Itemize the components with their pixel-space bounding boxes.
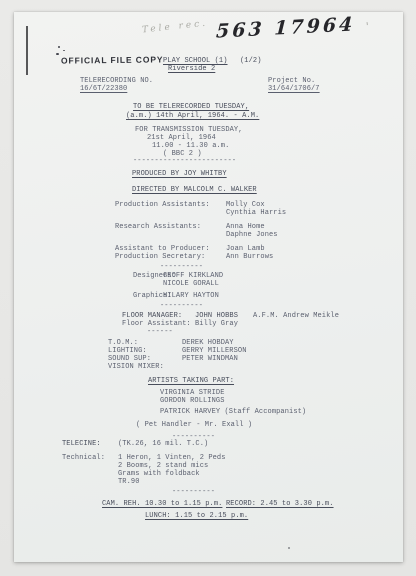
research-assistant-name: Daphne Jones	[226, 231, 278, 239]
lighting-name: GERRY MILLERSON	[182, 347, 247, 355]
research-assistants-label: Research Assistants:	[115, 223, 201, 231]
project-label: Project No.	[268, 77, 315, 85]
floor-manager-label: FLOOR MANAGER:	[122, 312, 182, 320]
assistant-to-producer-name: Joan Lamb	[226, 245, 265, 253]
graphics-name: HILARY HAYTON	[163, 292, 219, 300]
directed-by-line: DIRECTED BY MALCOLM C. WALKER	[132, 186, 257, 194]
artist-name: GORDON ROLLINGS	[160, 397, 225, 405]
document-title-suffix: (1/2)	[240, 57, 262, 65]
ink-speck	[58, 46, 60, 48]
artist-name: PATRICK HARVEY (Staff Accompanist)	[160, 408, 306, 416]
research-assistant-name: Anna Home	[226, 223, 265, 231]
pencil-tick-mark: '	[365, 20, 372, 34]
ink-speck	[63, 50, 65, 51]
lighting-label: LIGHTING:	[108, 347, 147, 355]
telerecording-label: TELERECORDING NO.	[80, 77, 153, 85]
afm-name: A.F.M. Andrew Meikle	[253, 312, 339, 320]
designer-name: NICOLE GORALL	[163, 280, 219, 288]
sound-label: SOUND SUP:	[108, 355, 151, 363]
production-secretary-label: Production Secretary:	[115, 253, 205, 261]
divider: ----------	[160, 302, 203, 310]
transmission-line-3: 11.00 - 11.30 a.m.	[152, 142, 229, 150]
official-file-copy-stamp: OFFICIAL FILE COPY	[61, 54, 164, 65]
pencil-annotation-number: 563 17964	[216, 13, 356, 42]
technical-line: Grams with foldback	[118, 470, 200, 478]
transmission-line-1: FOR TRANSMISSION TUESDAY,	[135, 126, 243, 134]
tom-label: T.O.M.:	[108, 339, 138, 347]
project-number: 31/64/1706/7	[268, 85, 320, 93]
telerecord-line-2: (a.m.) 14th April, 1964. - A.M.	[126, 112, 259, 120]
divider: ----------	[172, 488, 215, 496]
camera-rehearsal-times: CAM. REH. 10.30 to 1.15 p.m.	[102, 500, 222, 508]
divider: ------	[147, 328, 173, 336]
telerecord-line-1: TO BE TELERECORDED TUESDAY,	[133, 103, 249, 111]
production-assistant-name: Molly Cox	[226, 201, 265, 209]
telecine-label: TELECINE:	[62, 440, 101, 448]
vision-mixer-label: VISION MIXER:	[108, 363, 164, 371]
technical-line: TR.90	[118, 478, 140, 486]
lunch-times: LUNCH: 1.15 to 2.15 p.m.	[145, 512, 248, 520]
technical-label: Technical:	[62, 454, 105, 462]
ink-speck	[288, 547, 290, 549]
artist-name: VIRGINIA STRIDE	[160, 389, 225, 397]
telerecording-number: 16/6T/22380	[80, 85, 127, 93]
record-times: RECORD: 2.45 to 3.30 p.m.	[226, 500, 334, 508]
designer-name: GEOFF KIRKLAND	[163, 272, 223, 280]
divider: ----------	[160, 263, 203, 271]
divider: ------------------------	[133, 157, 236, 165]
pet-handler-line: ( Pet Handler - Mr. Exall )	[136, 421, 252, 429]
pencil-annotation-faint: Tele rec.	[142, 19, 209, 36]
technical-line: 2 Booms, 2 stand mics	[118, 462, 208, 470]
sound-name: PETER WINDMAN	[182, 355, 238, 363]
tom-name: DEREK HOBDAY	[182, 339, 234, 347]
production-assistants-label: Production Assistants:	[115, 201, 210, 209]
floor-assistant-name: Billy Gray	[195, 320, 238, 328]
floor-assistant-label: Floor Assistant:	[122, 320, 191, 328]
production-assistant-name: Cynthia Harris	[226, 209, 286, 217]
technical-line: 1 Heron, 1 Vinten, 2 Peds	[118, 454, 226, 462]
artists-heading: ARTISTS TAKING PART:	[148, 377, 234, 385]
studio-subtitle: Riverside 2	[168, 65, 215, 73]
produced-by-line: PRODUCED BY JOY WHITBY	[132, 170, 227, 178]
scan-edge-mark	[26, 26, 28, 75]
telecine-value: (TK.26, 16 mil. T.C.)	[118, 440, 208, 448]
document-title: PLAY SCHOOL (1)	[163, 57, 228, 65]
production-secretary-name: Ann Burrows	[226, 253, 273, 261]
ink-speck	[56, 53, 59, 55]
scan-background: Tele rec. 563 17964 ' OFFICIAL FILE COPY…	[0, 0, 416, 576]
document-page: Tele rec. 563 17964 ' OFFICIAL FILE COPY…	[14, 12, 403, 562]
assistant-to-producer-label: Assistant to Producer:	[115, 245, 210, 253]
transmission-line-2: 21st April, 1964	[147, 134, 216, 142]
floor-manager-name: JOHN HOBBS	[195, 312, 238, 320]
